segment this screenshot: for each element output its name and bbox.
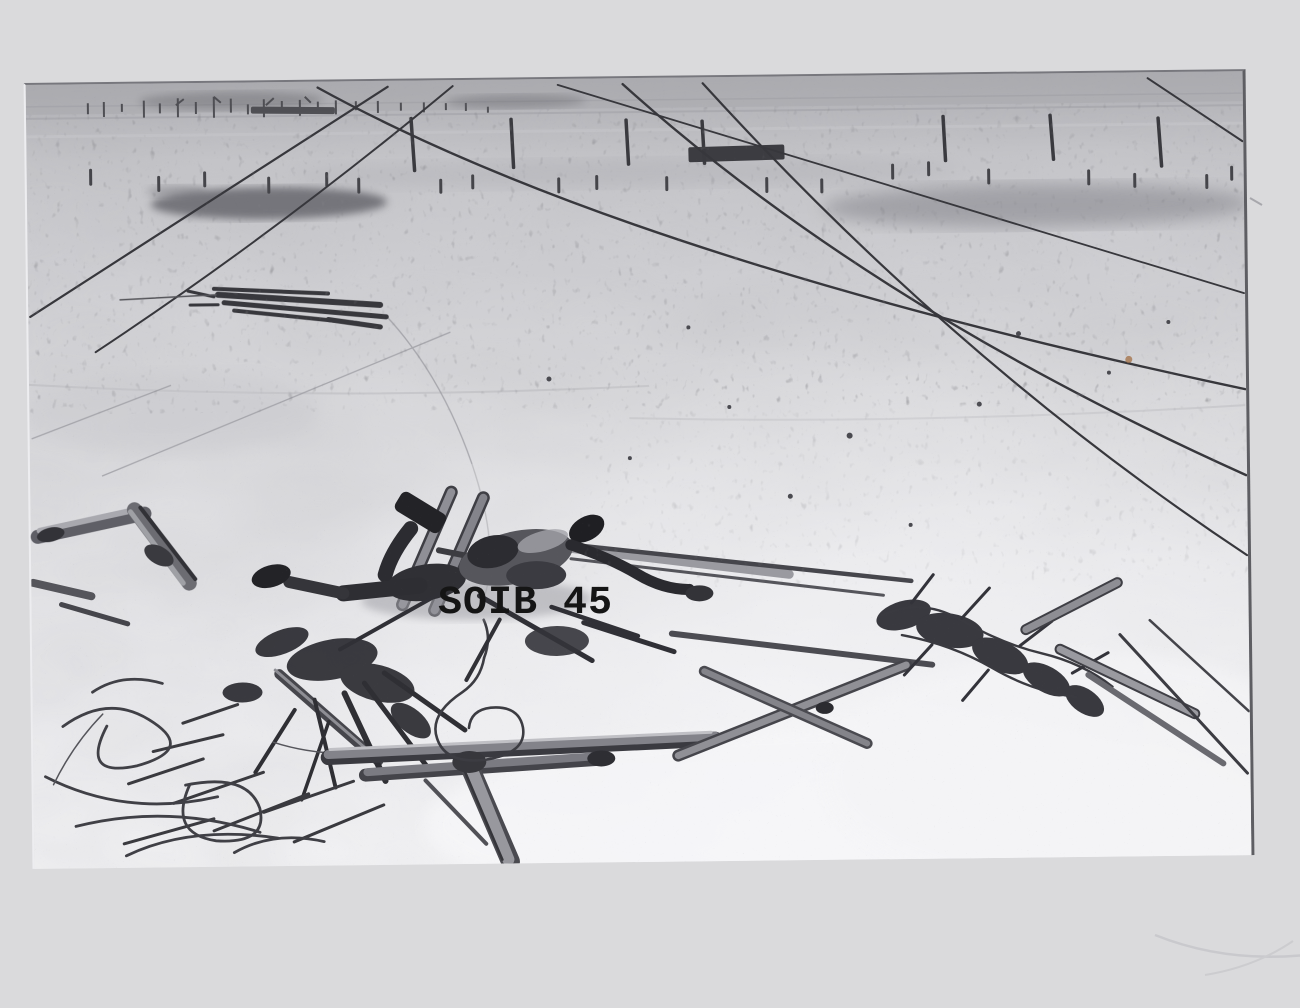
photo-caption-overlay: SOIB 45 (438, 584, 613, 624)
photo-scene (26, 71, 1252, 869)
photograph (24, 69, 1255, 869)
film-grain (26, 71, 1252, 869)
scan-background: SOIB 45 (0, 0, 1300, 1008)
